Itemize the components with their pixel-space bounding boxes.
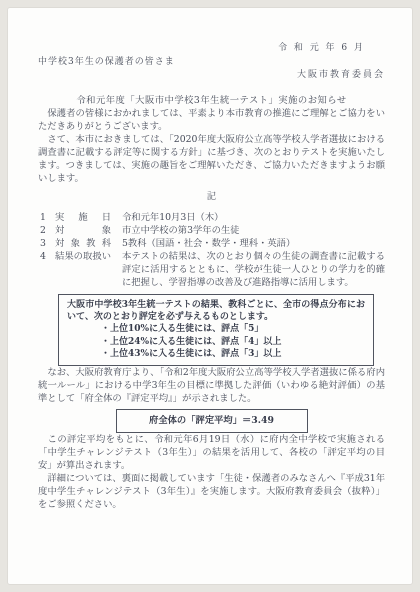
purpose-paragraph: さて、本市におきましては、「2020年度大阪府公立高等学校入学者選抜における調査… — [38, 133, 385, 185]
challenge-test-paragraph: この評定平均をもとに、令和元年6月19日（水）に府内全中学校で実施される「中学生… — [38, 433, 385, 472]
item-label: 対象 — [55, 224, 111, 237]
item-number: 1 — [38, 211, 55, 224]
list-item-results-handling: 4 結果の取扱い 本テストの結果は、次のとおり個々の生徒の調査書に記載する評定に… — [38, 250, 385, 289]
grading-rule-bullet-top24: ・上位24%に入る生徒には、評点「4」以上 — [67, 336, 365, 348]
item-number: 4 — [38, 250, 55, 263]
item-value: 市立中学校の第3学年の生徒 — [122, 224, 385, 237]
document-title: 令和元年度「大阪市中学校3年生統一テスト」実施のお知らせ — [38, 94, 385, 107]
item-label: 対象教科 — [55, 237, 111, 250]
grading-rule-intro: 大阪市中学校3年生統一テストの結果、教科ごとに、全市の得点分布において、次のとお… — [67, 299, 365, 323]
greeting-paragraph: 保護者の皆様におかれましては、平素より本市教育の推進にご理解とご協力をいただきあ… — [38, 107, 385, 133]
prefecture-rule-paragraph: なお、大阪府教育庁より、「令和2年度大阪府公立高等学校入学者選抜に係る府内統一ル… — [38, 366, 385, 405]
record-heading: 記 — [38, 190, 385, 203]
list-item-target: 2 対象 市立中学校の第3学年の生徒 — [38, 224, 385, 237]
grading-rule-box: 大阪市中学校3年生統一テストの結果、教科ごとに、全市の得点分布において、次のとお… — [58, 294, 374, 366]
item-value: 令和元年10月3日（木） — [122, 211, 385, 224]
item-number: 2 — [38, 224, 55, 237]
reference-paragraph: 詳細については、裏面に掲載しています「生徒・保護者のみなさんへ『平成31年度中学… — [38, 472, 385, 511]
item-label: 実施日 — [55, 211, 111, 224]
item-label: 結果の取扱い — [55, 250, 111, 263]
item-value: 本テストの結果は、次のとおり個々の生徒の調査書に記載する評定に活用するとともに、… — [122, 250, 385, 289]
sender-organization: 大阪市教育委員会 — [38, 69, 385, 82]
addressee: 中学校3年生の保護者の皆さま — [38, 56, 385, 69]
issue-date: 令 和 元 年 6 月 — [38, 42, 365, 55]
grading-rule-bullet-top10: ・上位10%に入る生徒には、評点「5」 — [67, 323, 365, 335]
scanned-notice-document: 令 和 元 年 6 月 中学校3年生の保護者の皆さま 大阪市教育委員会 令和元年… — [0, 0, 420, 592]
details-list: 1 実施日 令和元年10月3日（木） 2 対象 市立中学校の第3学年の生徒 3 … — [38, 211, 385, 289]
grading-rule-bullet-top43: ・上位43%に入る生徒には、評点「3」以上 — [67, 348, 365, 360]
rating-average-box: 府全体の「評定平均」＝3.49 — [116, 409, 308, 433]
item-value: 5教科（国語・社会・数学・理科・英語） — [122, 237, 385, 250]
list-item-subjects: 3 対象教科 5教科（国語・社会・数学・理科・英語） — [38, 237, 385, 250]
list-item-date: 1 実施日 令和元年10月3日（木） — [38, 211, 385, 224]
item-number: 3 — [38, 237, 55, 250]
notice-page: 令 和 元 年 6 月 中学校3年生の保護者の皆さま 大阪市教育委員会 令和元年… — [7, 7, 413, 585]
